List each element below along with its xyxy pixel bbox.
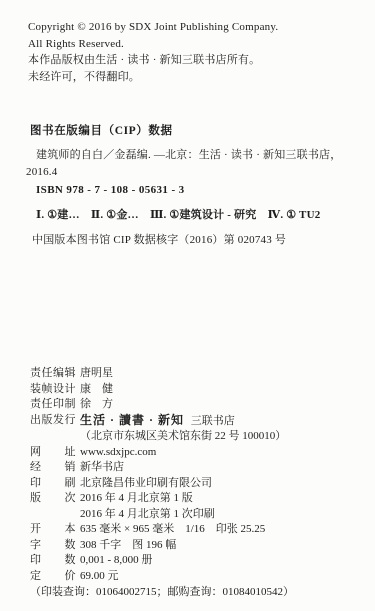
- colophon-row-printer: 印 刷 北京隆昌伟业印刷有限公司: [30, 476, 294, 492]
- row-value: 0,001 - 8,000 册: [80, 553, 152, 569]
- row-label: [30, 507, 80, 523]
- colophon-row-distributor: 经 销 新华书店: [30, 460, 294, 476]
- publisher-name: 三联书店: [191, 415, 235, 427]
- row-value: 徐 方: [80, 397, 113, 413]
- publisher-address: （北京市东城区美术馆东街 22 号 100010）: [80, 429, 286, 445]
- row-value: 69.00 元: [80, 569, 119, 585]
- colophon-row-website: 网 址 www.sdxjpc.com: [30, 445, 294, 461]
- colophon-block: 责任编辑 唐明星 装帧设计 康 健 责任印制 徐 方 出版发行 生活 · 讀書 …: [30, 366, 294, 601]
- row-label: 版 次: [30, 491, 80, 507]
- inquiry-phone-line: （印装查询：01064002715；邮购查询：01084010542）: [30, 585, 294, 601]
- colophon-row-print-supervisor: 责任印制 徐 方: [30, 397, 294, 413]
- row-label: 印 数: [30, 553, 80, 569]
- rights-reserved-line: All Rights Reserved.: [28, 38, 124, 51]
- colophon-row-wordcount: 字 数 308 千字 图 196 幅: [30, 538, 294, 554]
- row-label: 责任印制: [30, 397, 80, 413]
- row-value: 生活 · 讀書 · 新知 三联书店: [80, 413, 235, 430]
- row-value: 308 千字 图 196 幅: [80, 538, 176, 554]
- colophon-row-price: 定 价 69.00 元: [30, 569, 294, 585]
- row-label: 装帧设计: [30, 382, 80, 398]
- cip-registry-number: 中国版本图书馆 CIP 数据核字（2016）第 020743 号: [32, 234, 286, 247]
- colophon-row-editor: 责任编辑 唐明星: [30, 366, 294, 382]
- website-url: www.sdxjpc.com: [80, 445, 156, 461]
- colophon-row-designer: 装帧设计 康 健: [30, 382, 294, 398]
- colophon-row-publisher: 出版发行 生活 · 讀書 · 新知 三联书店: [30, 413, 294, 430]
- cip-isbn: ISBN 978 - 7 - 108 - 05631 - 3: [36, 184, 185, 197]
- row-label: 责任编辑: [30, 366, 80, 382]
- publisher-logo-text: 生活 · 讀書 · 新知: [80, 413, 184, 427]
- row-value: 新华书店: [80, 460, 124, 476]
- cip-year-line: 2016.4: [26, 166, 57, 179]
- row-label: 经 销: [30, 460, 80, 476]
- row-label: 网 址: [30, 445, 80, 461]
- row-label: 定 价: [30, 569, 80, 585]
- row-value: 635 毫米 × 965 毫米 1/16 印张 25.25: [80, 522, 265, 538]
- colophon-row-edition: 版 次 2016 年 4 月北京第 1 版: [30, 491, 294, 507]
- row-label: [30, 429, 80, 445]
- book-copyright-page: Copyright © 2016 by SDX Joint Publishing…: [0, 0, 375, 611]
- row-value: 2016 年 4 月北京第 1 次印刷: [80, 507, 215, 523]
- colophon-row-address: （北京市东城区美术馆东街 22 号 100010）: [30, 429, 294, 445]
- copyright-line-english: Copyright © 2016 by SDX Joint Publishing…: [28, 21, 278, 34]
- colophon-row-printing: 2016 年 4 月北京第 1 次印刷: [30, 507, 294, 523]
- cip-title-line: 建筑师的自白／金磊编. —北京：生活 · 读书 · 新知三联书店，: [36, 149, 341, 162]
- cip-heading: 图书在版编目（CIP）数据: [30, 125, 173, 138]
- cip-classification: Ⅰ. ①建… Ⅱ. ①金… Ⅲ. ①建筑设计 - 研究 Ⅳ. ① TU2: [36, 209, 320, 222]
- row-label: 开 本: [30, 522, 80, 538]
- row-value: 唐明星: [80, 366, 113, 382]
- no-reprint-line: 未经许可，不得翻印。: [28, 71, 140, 84]
- row-value: 北京隆昌伟业印刷有限公司: [80, 476, 212, 492]
- row-label: 出版发行: [30, 413, 80, 430]
- row-value: 2016 年 4 月北京第 1 版: [80, 491, 193, 507]
- colophon-row-format: 开 本 635 毫米 × 965 毫米 1/16 印张 25.25: [30, 522, 294, 538]
- colophon-row-print-run: 印 数 0,001 - 8,000 册: [30, 553, 294, 569]
- copyright-line-chinese: 本作品版权由生活 · 读书 · 新知三联书店所有。: [28, 54, 260, 67]
- row-label: 印 刷: [30, 476, 80, 492]
- row-value: 康 健: [80, 382, 113, 398]
- row-label: 字 数: [30, 538, 80, 554]
